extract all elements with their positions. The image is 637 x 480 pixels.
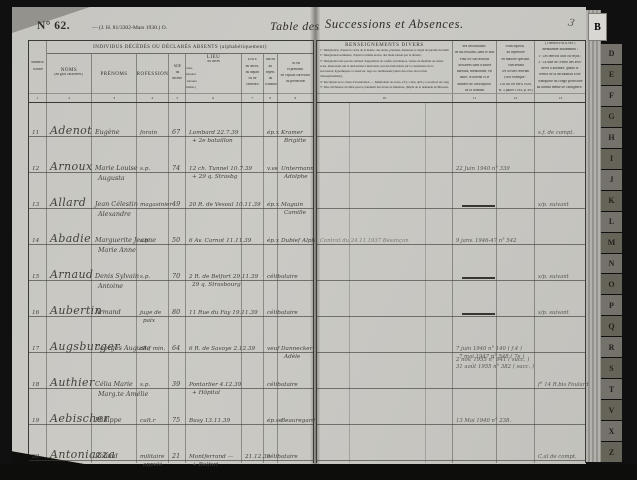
entry-number: 18 bbox=[32, 382, 39, 388]
column-header-prenoms: PRÉNOMS bbox=[92, 54, 137, 94]
form-reference: — (J. H. 81/3302-Mars 1930.) O. bbox=[92, 25, 167, 31]
given-names: Denis Sylvain bbox=[95, 272, 139, 280]
observation: f° 14 R.bis Foulard bbox=[538, 382, 589, 388]
declaration-date: 9 janv. 1946-47 n° 542 bbox=[456, 238, 517, 244]
alphabet-tab: R bbox=[601, 337, 622, 357]
alphabet-tab: X bbox=[601, 421, 622, 441]
death-place: Lombard 22.7.39 bbox=[189, 130, 239, 136]
book-page-edges bbox=[586, 10, 601, 462]
column-header-renseignements: RENSEIGNEMENTS DIVERS 1° Désignation, d'… bbox=[317, 41, 453, 93]
age: 75 bbox=[172, 416, 180, 424]
profession: s.p. bbox=[140, 238, 150, 244]
alphabet-tab: P bbox=[601, 295, 622, 315]
alphabet-tab: I bbox=[601, 149, 622, 169]
alphabet-tab: O bbox=[601, 274, 622, 294]
table-row: s/p. suivant bbox=[317, 175, 585, 211]
column-header-professions: PROFESSIONS bbox=[137, 54, 169, 94]
death-place: 2 R. de Belfort 29.11.39 bbox=[189, 274, 258, 280]
death-place: 6 R. de Savoye 2.12.39 bbox=[189, 346, 255, 352]
table-row: Contrat du 24.11.1937 Besançon 9 janv. 1… bbox=[317, 211, 585, 247]
page-title-right: Successions et Absences. bbox=[325, 17, 464, 32]
age: 70 bbox=[172, 272, 180, 280]
death-place: Montferrand — bbox=[189, 454, 233, 460]
paper-page: N° 62. — (J. H. 81/3302-Mars 1930.) O. T… bbox=[12, 7, 586, 468]
table-row: 17 Augsburger Georges Auguste ch.f min. … bbox=[29, 319, 313, 355]
profession: magasinier bbox=[140, 202, 172, 208]
table-span-header: INDIVIDUS DÉCÉDÉS OU DÉCLARÉS ABSENTS (a… bbox=[47, 41, 313, 54]
spouse-name: Beauregard bbox=[281, 418, 315, 424]
column-header-numero-repertoire: NUMÉRO d'inscription, au répertoire en m… bbox=[497, 41, 535, 93]
surname: Arnaud bbox=[50, 268, 93, 281]
column-header-lieu-deces: LIEU du décès (Indiquer, en outre, le li… bbox=[186, 54, 242, 94]
observation: C.al de compt. bbox=[538, 454, 577, 460]
ditto-dash bbox=[462, 205, 495, 207]
alphabet-tab: V bbox=[601, 400, 622, 420]
profession: s.p. bbox=[140, 166, 150, 172]
marital-status: célibataire bbox=[267, 382, 298, 388]
death-place: 12 ch. Tunnel 10.7.39 bbox=[189, 166, 252, 172]
given-names: Célia Marie bbox=[95, 380, 133, 388]
surname: Adenot bbox=[50, 124, 92, 137]
table-row: s/p. suivant bbox=[317, 283, 585, 319]
column-header-order-number: Numéros d'ordre bbox=[29, 41, 47, 94]
age: 67 bbox=[172, 128, 180, 136]
alphabet-tab: S bbox=[601, 358, 622, 378]
left-page-table: Numéros d'ordre INDIVIDUS DÉCÉDÉS OU DÉC… bbox=[28, 40, 314, 463]
profession: cult.r bbox=[140, 418, 155, 424]
table-row: C.al de compt. bbox=[317, 427, 585, 463]
death-place: 6 Av. Carnot 11.11.39 bbox=[189, 238, 251, 244]
profession: forain bbox=[140, 130, 157, 136]
profession: militaire bbox=[140, 454, 164, 460]
table-row: s/p. suivant bbox=[317, 247, 585, 283]
column-header-dates-numeros: DATES ET NUMÉROS des déclarations de suc… bbox=[453, 41, 497, 93]
marital-status: ép.x bbox=[267, 130, 279, 136]
profession: ch.f min. bbox=[140, 346, 165, 352]
marital-status: ép.se bbox=[267, 418, 282, 424]
age: 80 bbox=[172, 308, 180, 316]
spouse-name: Maguin bbox=[281, 202, 303, 208]
table-row: 13 Mai 1940 n° 238. bbox=[317, 391, 585, 427]
given-names: Jean Célestin bbox=[95, 200, 138, 208]
form-number: N° 62. bbox=[37, 20, 70, 32]
alphabet-tab: J bbox=[601, 170, 622, 190]
marital-status: ép.x bbox=[267, 238, 279, 244]
alphabet-tab: L bbox=[601, 212, 622, 232]
ditto-dash bbox=[462, 277, 495, 279]
scanned-register-spread: N° 62. — (J. H. 81/3302-Mars 1930.) O. T… bbox=[0, 0, 637, 480]
death-place: Pontarlier 4.12.39 bbox=[189, 382, 241, 388]
declaration-date: 7 juin 1940 n° 140 ( f.4 ) bbox=[456, 346, 522, 352]
alphabet-tab: D bbox=[601, 44, 622, 64]
column-header-epoux: NOM et prénoms de l'époux survivant ou p… bbox=[278, 54, 313, 94]
entry-number: 17 bbox=[32, 346, 39, 352]
pencil-mark: 3 bbox=[567, 17, 576, 29]
given-names: Marie Louise bbox=[95, 164, 138, 172]
alphabet-tab: K bbox=[601, 191, 622, 211]
alphabet-tab: T bbox=[601, 379, 622, 399]
death-place: Busy 13.11.39 bbox=[189, 418, 230, 424]
surname: Arnoux bbox=[50, 160, 93, 173]
ditto-dash bbox=[462, 313, 495, 315]
observation: s.f. de compt. bbox=[538, 130, 574, 136]
age: 50 bbox=[172, 236, 180, 244]
column-header-date-deces: DATE du décès, du départ ou de l'absence… bbox=[242, 54, 264, 94]
table-row: 12 Arnoux Marie LouiseAugusta s.p. 74 12… bbox=[29, 139, 313, 175]
spouse-name: Dannecker bbox=[281, 346, 312, 352]
table-row: 19 Aebischer Philippe cult.r 75 Busy 13.… bbox=[29, 391, 313, 427]
column-header-tribunal: Inscrit au répert. du Tribunal bbox=[264, 54, 278, 94]
column-header-noms: NOMS (en gros caractères) bbox=[47, 54, 92, 94]
surname: Authier bbox=[50, 376, 95, 389]
table-row: 16 Aubertin Armand juge depaix 80 11 Rue… bbox=[29, 283, 313, 319]
scan-border bbox=[0, 464, 637, 480]
right-page-table: RENSEIGNEMENTS DIVERS 1° Désignation, d'… bbox=[316, 40, 586, 463]
age: 74 bbox=[172, 164, 180, 172]
marital-status: ép.x bbox=[267, 202, 279, 208]
given-names: Eugène bbox=[95, 128, 120, 136]
age: 49 bbox=[172, 200, 180, 208]
spouse-name: Kramer bbox=[281, 130, 303, 136]
given-names: Roland bbox=[95, 452, 118, 460]
table-row: 14 Abadie Marguerite JeanneMarie Anne s.… bbox=[29, 211, 313, 247]
profession: s.p. bbox=[140, 274, 150, 280]
marital-status: célibataire bbox=[267, 274, 298, 280]
entry-number: 15 bbox=[32, 274, 39, 280]
alphabet-tab: Q bbox=[601, 316, 622, 336]
entry-number: 13 bbox=[32, 202, 39, 208]
observation: s/p. suivant bbox=[538, 274, 569, 280]
table-row: 11 Adenot Eugène forain 67 Lombard 22.7.… bbox=[29, 103, 313, 139]
column-number-row: 10 11 12 13 bbox=[317, 93, 585, 103]
age: 39 bbox=[172, 380, 180, 388]
column-header-observations: ( OBSERVATIONS ) Mentionner notamment : … bbox=[535, 41, 585, 93]
spouse-name: Dubief Alph. bbox=[281, 238, 317, 244]
surname: Abadie bbox=[50, 232, 91, 245]
age: 21 bbox=[172, 452, 180, 460]
marital-status: v.ve bbox=[267, 166, 278, 172]
table-row: 2 nov. 1955 n° 941 ( succ. )31 août 1955… bbox=[317, 355, 585, 391]
alphabet-tab: Z bbox=[601, 442, 622, 462]
table-row: 20 Antoniazza Roland militaireappelé 21 … bbox=[29, 427, 313, 463]
entry-number: 14 bbox=[32, 238, 39, 244]
surname: Allard bbox=[50, 196, 86, 209]
table-row: 15 Arnaud Denis SylvainAntoine s.p. 70 2… bbox=[29, 247, 313, 283]
death-place: 20 R. de Vesoul 10.11.39 bbox=[189, 202, 261, 208]
alphabet-tab-strip: D E F G H I J K L M N O P Q R S T V X Z bbox=[601, 44, 622, 462]
table-row: 13 Allard Jean CélestinAlexandre magasin… bbox=[29, 175, 313, 211]
marital-status: célibataire bbox=[267, 310, 298, 316]
alphabet-tab: E bbox=[601, 65, 622, 85]
table-row: 18 Authier Célia MarieMarg.te Amélie s.p… bbox=[29, 355, 313, 391]
alphabet-tab: G bbox=[601, 107, 622, 127]
right-table-header: RENSEIGNEMENTS DIVERS 1° Désignation, d'… bbox=[317, 41, 585, 93]
alphabet-tab-current: B bbox=[588, 13, 607, 41]
death-place: 11 Rue du Fay 19.11.39 bbox=[189, 310, 258, 316]
table-row: 22 Juin 1940 n° 339 bbox=[317, 139, 585, 175]
alphabet-tab: M bbox=[601, 233, 622, 253]
entry-number: 16 bbox=[32, 310, 39, 316]
table-row: 7 juin 1940 n° 140 ( f.4 )7 mai 1947 n° … bbox=[317, 319, 585, 355]
observation: s/p. suivant bbox=[538, 310, 569, 316]
table-row: s.f. de compt. bbox=[317, 103, 585, 139]
observation: s/p. suivant bbox=[538, 202, 569, 208]
column-header-age: ÂGE du décédé bbox=[169, 54, 186, 94]
marital-status: veuf bbox=[267, 346, 279, 352]
alphabet-tab: N bbox=[601, 254, 622, 274]
entry-number: 11 bbox=[32, 130, 39, 136]
alphabet-tab: F bbox=[601, 86, 622, 106]
left-table-header: Numéros d'ordre INDIVIDUS DÉCÉDÉS OU DÉC… bbox=[29, 41, 313, 93]
given-names: Philippe bbox=[95, 416, 122, 424]
profession: s.p. bbox=[140, 382, 150, 388]
profession: juge de bbox=[140, 310, 161, 316]
declaration-date: 13 Mai 1940 n° 238. bbox=[456, 418, 511, 424]
age: 64 bbox=[172, 344, 180, 352]
entry-number: 12 bbox=[32, 166, 39, 172]
given-names: Armand bbox=[95, 308, 121, 316]
column-number-row: 1 2 3 4 5 6 7 8 9 bbox=[29, 93, 313, 103]
entry-number: 19 bbox=[32, 418, 39, 424]
entry-number: 20 bbox=[32, 454, 39, 460]
spouse-name: Untermann bbox=[281, 166, 314, 172]
alphabet-tab: H bbox=[601, 128, 622, 148]
marital-status: célibataire bbox=[267, 454, 298, 460]
rens-note: Contrat du 24.11.1937 Besançon bbox=[320, 238, 409, 244]
declaration-date: 22 Juin 1940 n° 339 bbox=[456, 166, 510, 172]
